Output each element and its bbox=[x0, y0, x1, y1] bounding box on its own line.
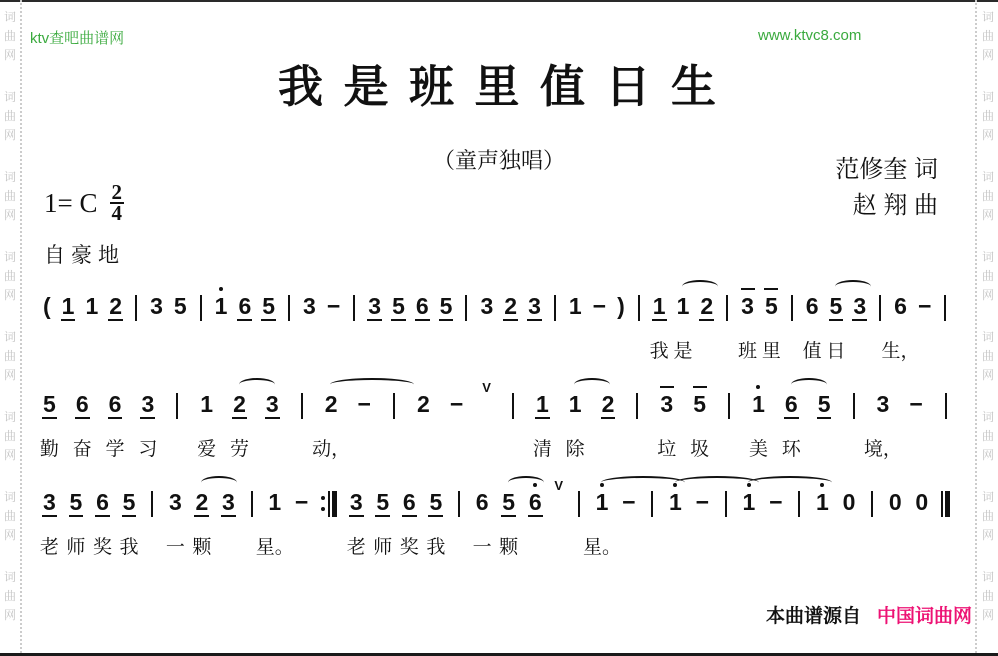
watermark-group: 词曲网 bbox=[4, 168, 16, 225]
jianpu-note: 3一 bbox=[168, 490, 183, 520]
jianpu-note: 6学 bbox=[108, 392, 123, 422]
barline-stroke bbox=[725, 491, 727, 517]
jianpu-note: 3 bbox=[367, 294, 382, 324]
watermark-char: 词 bbox=[982, 488, 994, 507]
note-number: 5 bbox=[817, 392, 832, 419]
watermark-char: 曲 bbox=[4, 267, 16, 286]
note-number: 2 bbox=[232, 392, 247, 419]
note-number: 1 bbox=[652, 294, 667, 321]
octave-dot bbox=[756, 385, 760, 389]
jianpu-note: 1 bbox=[214, 294, 229, 324]
watermark-char: 词 bbox=[982, 328, 994, 347]
lyric-syllable: 生， bbox=[882, 336, 920, 363]
octave-dot bbox=[673, 483, 677, 487]
note-number: 3 bbox=[149, 294, 164, 319]
lyric-syllable: 美 bbox=[749, 434, 768, 461]
note-number: 3 bbox=[740, 294, 755, 319]
watermark-char: 曲 bbox=[4, 507, 16, 526]
barline-stroke bbox=[941, 491, 943, 517]
watermark-group: 词曲网 bbox=[982, 328, 994, 385]
barline bbox=[725, 392, 733, 422]
watermark-group: 词曲网 bbox=[4, 248, 16, 305]
barline bbox=[942, 392, 950, 422]
watermark-char: 曲 bbox=[4, 347, 16, 366]
lyric-syllable: 我 bbox=[426, 532, 445, 559]
jianpu-note: 3 bbox=[221, 490, 236, 520]
barline-stroke bbox=[651, 491, 653, 517]
lyric-syllable: 清 bbox=[533, 434, 552, 461]
jianpu-note: − bbox=[294, 490, 309, 520]
jianpu-note: 5我 bbox=[428, 490, 443, 520]
note-number: 3 bbox=[349, 490, 364, 517]
jianpu-note: 1 bbox=[568, 294, 583, 324]
note-number: 1 bbox=[84, 294, 99, 319]
jianpu-note: 1 bbox=[815, 490, 830, 520]
watermark-char: 网 bbox=[982, 126, 994, 145]
note-number: − bbox=[908, 392, 923, 417]
barline-stroke bbox=[512, 393, 514, 419]
site-name-link[interactable]: ktv查吧曲谱网 bbox=[30, 27, 124, 48]
jianpu-note: 0 bbox=[914, 490, 929, 520]
watermark-group: 词曲网 bbox=[4, 488, 16, 545]
source-label: 本曲谱源自 bbox=[766, 601, 861, 628]
note-number: 5 bbox=[501, 490, 516, 517]
watermark-char: 网 bbox=[4, 446, 16, 465]
barline bbox=[285, 294, 293, 324]
meter-denominator: 4 bbox=[110, 204, 125, 223]
lyric-syllable: 我 bbox=[120, 532, 139, 559]
jianpu-note: 5 bbox=[173, 294, 188, 324]
barline bbox=[575, 490, 583, 520]
jianpu-note: 1 bbox=[84, 294, 99, 324]
barline bbox=[462, 294, 470, 324]
note-number: 5 bbox=[42, 392, 57, 419]
time-signature: 2 4 bbox=[110, 183, 125, 223]
watermark-char: 网 bbox=[982, 606, 994, 625]
note-number: 5 bbox=[375, 490, 390, 517]
note-number: 3 bbox=[527, 294, 542, 321]
note-number: 2 bbox=[416, 392, 431, 417]
barline-stroke bbox=[871, 491, 873, 517]
barline-stroke bbox=[728, 393, 730, 419]
watermark-char: 词 bbox=[982, 8, 994, 27]
score-line-3: 3老5师6奖5我3一2颗31星。−3老5师6奖5我6一5颗6V1星。−1−1−1… bbox=[42, 490, 950, 570]
note-number: − bbox=[357, 392, 372, 417]
jianpu-note: 5颗 bbox=[501, 490, 516, 520]
barline-stroke bbox=[135, 295, 137, 321]
watermark-char: 网 bbox=[4, 286, 16, 305]
barline bbox=[723, 294, 731, 324]
barline bbox=[350, 294, 358, 324]
note-number: 5 bbox=[391, 294, 406, 321]
note-number: 1 bbox=[815, 490, 830, 515]
barline-stroke bbox=[945, 393, 947, 419]
watermark-char: 网 bbox=[982, 526, 994, 545]
barline bbox=[132, 294, 140, 324]
barline bbox=[197, 294, 205, 324]
key-prefix: 1= C bbox=[44, 188, 98, 219]
page-top-border bbox=[0, 0, 998, 2]
lyric-syllable: 圾 bbox=[690, 434, 709, 461]
slur-arc bbox=[748, 476, 832, 489]
note-number: − bbox=[326, 294, 341, 319]
breath-mark-glyph: V bbox=[554, 478, 563, 493]
jianpu-note: 6奋 bbox=[75, 392, 90, 422]
barline bbox=[648, 490, 656, 520]
barline bbox=[633, 392, 641, 422]
octave-dot bbox=[600, 483, 604, 487]
jianpu-note: 2颗 bbox=[194, 490, 209, 520]
note-number: 6 bbox=[75, 392, 90, 419]
jianpu-note: 1爱 bbox=[199, 392, 214, 422]
slur-arc bbox=[508, 476, 544, 489]
jianpu-note: 1我 bbox=[652, 294, 667, 324]
watermark-group: 词曲网 bbox=[982, 568, 994, 625]
note-number: 1 bbox=[595, 490, 610, 515]
barline bbox=[941, 294, 949, 324]
watermark-char: 曲 bbox=[4, 27, 16, 46]
jianpu-note: 1是 bbox=[676, 294, 691, 324]
jianpu-note: − bbox=[326, 294, 341, 324]
barline-stroke bbox=[458, 491, 460, 517]
lyric-syllable: 师 bbox=[66, 532, 85, 559]
slur-arc bbox=[330, 378, 414, 391]
note-number: 1 bbox=[751, 392, 766, 417]
jianpu-note: 5里 bbox=[764, 294, 779, 324]
barline bbox=[298, 392, 306, 422]
jianpu-note: 3班 bbox=[740, 294, 755, 324]
note-number: 1 bbox=[61, 294, 76, 321]
jianpu-note: − bbox=[768, 490, 783, 520]
lyric-syllable: 一 bbox=[473, 532, 492, 559]
lyric-syllable: 是 bbox=[673, 336, 692, 363]
note-number: 6 bbox=[528, 490, 543, 517]
jianpu-note: 5 bbox=[817, 392, 832, 422]
final-barline bbox=[941, 490, 950, 520]
jianpu-note: 1美 bbox=[751, 392, 766, 422]
note-number: − bbox=[695, 490, 710, 515]
watermark-char: 曲 bbox=[982, 347, 994, 366]
jianpu-note: − bbox=[449, 392, 464, 422]
watermark-char: 词 bbox=[982, 568, 994, 587]
lyric-syllable: 奖 bbox=[93, 532, 112, 559]
jianpu-note: − bbox=[908, 392, 923, 422]
note-number: 3 bbox=[659, 392, 674, 417]
jianpu-note: 3习 bbox=[140, 392, 155, 422]
watermark-char: 曲 bbox=[982, 507, 994, 526]
barline bbox=[635, 294, 643, 324]
barline-thick-stroke bbox=[945, 491, 950, 517]
watermark-char: 曲 bbox=[982, 427, 994, 446]
watermark-group: 词曲网 bbox=[982, 408, 994, 465]
lyric-syllable: 颗 bbox=[192, 532, 211, 559]
note-number: 3 bbox=[852, 294, 867, 321]
site-url-link[interactable]: www.ktvc8.com bbox=[758, 27, 861, 44]
watermark-char: 词 bbox=[4, 248, 16, 267]
jianpu-note: 6 bbox=[528, 490, 543, 520]
note-number: 1 bbox=[199, 392, 214, 417]
jianpu-note: 6值 bbox=[805, 294, 820, 324]
note-number: 0 bbox=[914, 490, 929, 515]
barline-stroke bbox=[301, 393, 303, 419]
watermark-char: 网 bbox=[982, 366, 994, 385]
watermark-char: 曲 bbox=[982, 587, 994, 606]
breath-mark-glyph: V bbox=[482, 380, 491, 395]
lyric-syllable: 奋 bbox=[73, 434, 92, 461]
octave-dot bbox=[747, 483, 751, 487]
repeat-dots bbox=[321, 496, 325, 500]
score-line-1: (112351653−35653231−)1我1是23班5里6值5日36生，− bbox=[42, 294, 950, 374]
barline bbox=[551, 294, 559, 324]
barline-stroke bbox=[353, 295, 355, 321]
score-line-2: 5勤6奋6学3习1爱2劳32动，−2−V1清1除23垃5圾1美6环53境，− bbox=[42, 392, 950, 472]
watermark-char: 曲 bbox=[982, 187, 994, 206]
watermark-char: 网 bbox=[4, 126, 16, 145]
note-number: − bbox=[294, 490, 309, 515]
lyric-syllable: 值 bbox=[803, 336, 822, 363]
breath-mark: V bbox=[554, 490, 563, 520]
note-number: 1 bbox=[214, 294, 229, 319]
jianpu-note: 1 bbox=[668, 490, 683, 520]
barline-stroke bbox=[636, 393, 638, 419]
lyric-syllable: 日 bbox=[826, 336, 845, 363]
breath-mark: V bbox=[482, 392, 491, 422]
note-number: 5 bbox=[692, 392, 707, 417]
note-number: 5 bbox=[428, 490, 443, 517]
jianpu-note: 3境， bbox=[876, 392, 891, 422]
tenuto-line bbox=[660, 386, 674, 388]
watermark-char: 曲 bbox=[982, 27, 994, 46]
watermark-char: 词 bbox=[4, 568, 16, 587]
barline bbox=[248, 490, 256, 520]
note-number: 3 bbox=[479, 294, 494, 319]
barline bbox=[850, 392, 858, 422]
jianpu-note: 1 bbox=[61, 294, 76, 324]
tenuto-line bbox=[693, 386, 707, 388]
note-number: 2 bbox=[324, 392, 339, 417]
lyric-syllable: 动， bbox=[312, 434, 350, 461]
jianpu-note: − bbox=[621, 490, 636, 520]
barline-stroke bbox=[879, 295, 881, 321]
barline bbox=[455, 490, 463, 520]
jianpu-note: 5 bbox=[261, 294, 276, 324]
note-number: 1 bbox=[568, 294, 583, 319]
barline-stroke bbox=[791, 295, 793, 321]
jianpu-note: 2 bbox=[108, 294, 123, 324]
watermark-group: 词曲网 bbox=[4, 568, 16, 625]
note-number: 6 bbox=[784, 392, 799, 419]
barline bbox=[795, 490, 803, 520]
jianpu-note: − bbox=[695, 490, 710, 520]
tenuto-line bbox=[764, 288, 778, 290]
note-number: 6 bbox=[108, 392, 123, 419]
lyric-syllable: 老 bbox=[40, 532, 59, 559]
note-number: − bbox=[449, 392, 464, 417]
octave-dot bbox=[533, 483, 537, 487]
jianpu-note: 2 bbox=[601, 392, 616, 422]
note-number: 3 bbox=[140, 392, 155, 419]
note-number: 0 bbox=[888, 490, 903, 515]
jianpu-note: 2 bbox=[699, 294, 714, 324]
watermark-char: 网 bbox=[982, 206, 994, 225]
lyric-syllable: 一 bbox=[166, 532, 185, 559]
barline-stroke bbox=[578, 491, 580, 517]
jianpu-note: − bbox=[592, 294, 607, 324]
lyric-syllable: 爱 bbox=[197, 434, 216, 461]
note-number: 6 bbox=[893, 294, 908, 319]
jianpu-note: ) bbox=[616, 294, 626, 324]
jianpu-note: 5 bbox=[391, 294, 406, 324]
lyric-syllable: 境， bbox=[864, 434, 902, 461]
note-number: 2 bbox=[699, 294, 714, 321]
note-number: 5 bbox=[439, 294, 454, 321]
watermark-char: 词 bbox=[982, 248, 994, 267]
lyric-syllable: 垃 bbox=[657, 434, 676, 461]
tenuto-line bbox=[741, 288, 755, 290]
note-number: 2 bbox=[601, 392, 616, 419]
barline-stroke bbox=[638, 295, 640, 321]
note-number: 6 bbox=[95, 490, 110, 517]
watermark-char: 网 bbox=[4, 206, 16, 225]
jianpu-note: 3老 bbox=[42, 490, 57, 520]
barline-stroke bbox=[200, 295, 202, 321]
barline bbox=[173, 392, 181, 422]
slur-arc bbox=[835, 280, 871, 293]
jianpu-note: 3 bbox=[265, 392, 280, 422]
watermark-char: 曲 bbox=[4, 427, 16, 446]
lyric-syllable: 师 bbox=[373, 532, 392, 559]
slur-arc bbox=[675, 476, 759, 489]
jianpu-note: 6奖 bbox=[402, 490, 417, 520]
jianpu-note: 3垃 bbox=[659, 392, 674, 422]
barline-stroke bbox=[393, 393, 395, 419]
watermark-char: 词 bbox=[4, 408, 16, 427]
note-number: 6 bbox=[805, 294, 820, 319]
note-number: 5 bbox=[764, 294, 779, 319]
note-number: 5 bbox=[829, 294, 844, 321]
note-number: 1 bbox=[742, 490, 757, 515]
watermark-group: 词曲网 bbox=[982, 488, 994, 545]
barline-stroke bbox=[853, 393, 855, 419]
note-number: 1 bbox=[676, 294, 691, 319]
lyric-syllable: 里 bbox=[762, 336, 781, 363]
note-number: 2 bbox=[108, 294, 123, 321]
source-site-link[interactable]: 中国词曲网 bbox=[877, 601, 972, 628]
barline-stroke bbox=[151, 491, 153, 517]
barline-stroke bbox=[798, 491, 800, 517]
jianpu-note: 2劳 bbox=[232, 392, 247, 422]
watermark-char: 词 bbox=[4, 488, 16, 507]
watermark-char: 曲 bbox=[982, 267, 994, 286]
watermark-char: 曲 bbox=[4, 187, 16, 206]
barline bbox=[390, 392, 398, 422]
barline-stroke bbox=[465, 295, 467, 321]
jianpu-note: 5 bbox=[439, 294, 454, 324]
lyric-syllable: 奖 bbox=[400, 532, 419, 559]
note-number: 3 bbox=[367, 294, 382, 321]
lyric-syllable: 我 bbox=[650, 336, 669, 363]
note-number: − bbox=[621, 490, 636, 515]
watermark-group: 词曲网 bbox=[4, 328, 16, 385]
note-number: 1 bbox=[668, 490, 683, 515]
note-number: 3 bbox=[221, 490, 236, 517]
note-number: 1 bbox=[568, 392, 583, 417]
barline-stroke bbox=[251, 491, 253, 517]
jianpu-note: − bbox=[917, 294, 932, 324]
barline bbox=[788, 294, 796, 324]
barline bbox=[876, 294, 884, 324]
note-number: 5 bbox=[173, 294, 188, 319]
watermark-char: 词 bbox=[982, 408, 994, 427]
jianpu-note: 1星。 bbox=[267, 490, 282, 520]
watermark-char: 词 bbox=[4, 328, 16, 347]
tempo-marking: 自豪地 bbox=[44, 239, 125, 269]
jianpu-note: 5师 bbox=[375, 490, 390, 520]
octave-dot bbox=[820, 483, 824, 487]
lyric-syllable: 除 bbox=[566, 434, 585, 461]
octave-dot bbox=[219, 287, 223, 291]
lyricist-credit: 范修奎 词 bbox=[835, 152, 938, 188]
jianpu-note: 3 bbox=[527, 294, 542, 324]
lyric-syllable: 星。 bbox=[256, 532, 294, 559]
watermark-char: 网 bbox=[4, 606, 16, 625]
jianpu-note: 5日 bbox=[829, 294, 844, 324]
lyric-syllable: 颗 bbox=[499, 532, 518, 559]
jianpu-note: 3老 bbox=[349, 490, 364, 520]
jianpu-note: 1 bbox=[742, 490, 757, 520]
note-number: 6 bbox=[415, 294, 430, 321]
credits-block: 范修奎 词 赵 翔 曲 bbox=[835, 152, 938, 224]
lyric-syllable: 勤 bbox=[40, 434, 59, 461]
slur-arc bbox=[791, 378, 827, 391]
jianpu-note: 3 bbox=[852, 294, 867, 324]
watermark-group: 词曲网 bbox=[982, 168, 994, 225]
watermark-char: 网 bbox=[982, 286, 994, 305]
lyric-syllable: 班 bbox=[738, 336, 757, 363]
jianpu-note: 1清 bbox=[535, 392, 550, 422]
jianpu-note: 3 bbox=[302, 294, 317, 324]
jianpu-note: 5圾 bbox=[692, 392, 707, 422]
watermark-group: 词曲网 bbox=[982, 248, 994, 305]
note-number: ( bbox=[42, 294, 52, 319]
key-signature: 1= C 2 4 bbox=[44, 183, 124, 223]
jianpu-note: 2 bbox=[416, 392, 431, 422]
note-number: 2 bbox=[503, 294, 518, 321]
barline bbox=[148, 490, 156, 520]
jianpu-note: 6 bbox=[415, 294, 430, 324]
jianpu-note: 5勤 bbox=[42, 392, 57, 422]
song-title: 我 是 班 里 值 日 生 bbox=[0, 50, 998, 115]
jianpu-note: 6环 bbox=[784, 392, 799, 422]
note-number: 1 bbox=[267, 490, 282, 515]
jianpu-note: 6生， bbox=[893, 294, 908, 324]
jianpu-note: 0 bbox=[888, 490, 903, 520]
watermark-char: 网 bbox=[4, 366, 16, 385]
barline-stroke bbox=[288, 295, 290, 321]
jianpu-note: − bbox=[357, 392, 372, 422]
jianpu-note: 3 bbox=[479, 294, 494, 324]
slur-arc bbox=[201, 476, 237, 489]
barline-stroke bbox=[328, 491, 330, 517]
lyric-syllable: 环 bbox=[782, 434, 801, 461]
jianpu-note: 1星。 bbox=[595, 490, 610, 520]
composer-credit: 赵 翔 曲 bbox=[835, 188, 938, 224]
note-number: 0 bbox=[842, 490, 857, 515]
jianpu-note: ( bbox=[42, 294, 52, 324]
note-number: 3 bbox=[302, 294, 317, 319]
note-number: − bbox=[592, 294, 607, 319]
jianpu-note: 2动， bbox=[324, 392, 339, 422]
